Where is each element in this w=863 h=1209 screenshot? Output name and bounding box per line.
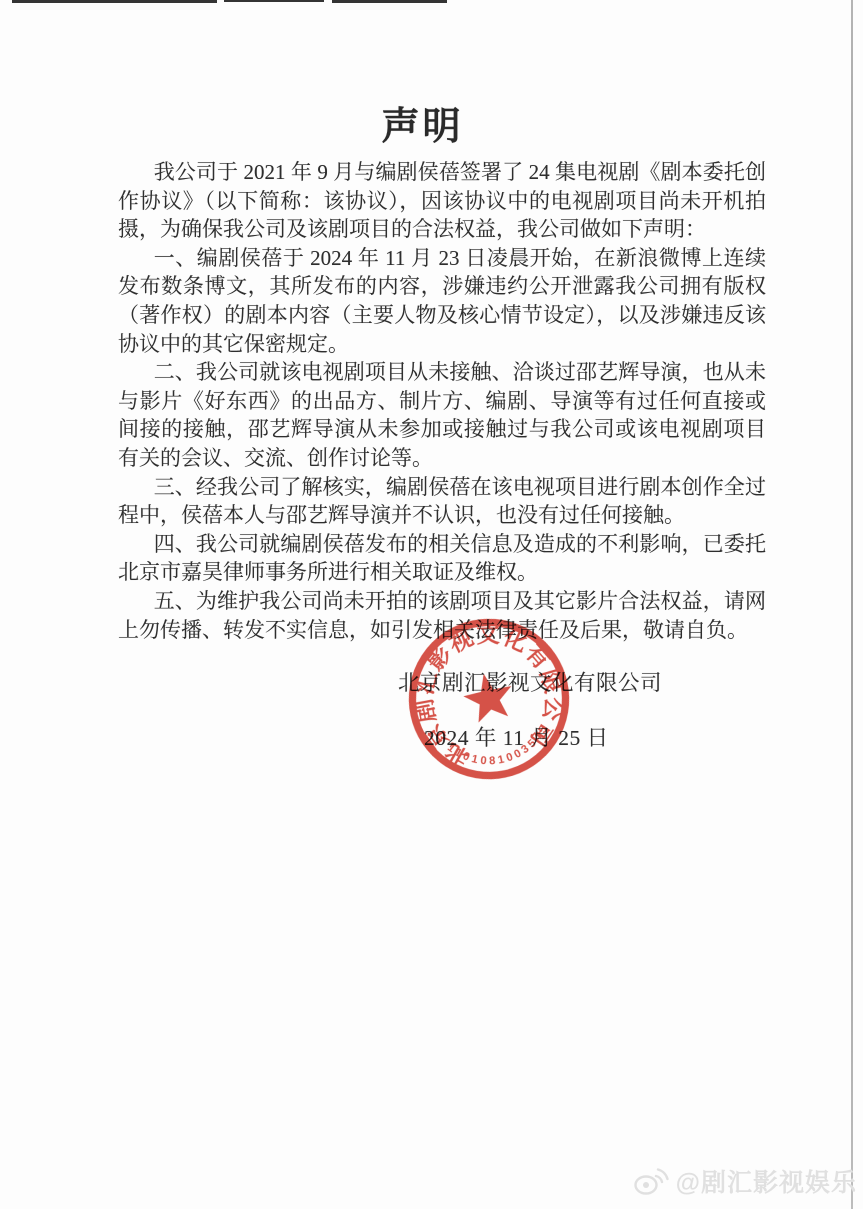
paragraph-item-3: 三、经我公司了解核实，编剧侯蓓在该电视项目进行剧本创作全过程中，侯蓓本人与邵艺辉… — [118, 473, 766, 530]
paragraph-item-1: 一、编剧侯蓓于 2024 年 11 月 23 日凌晨开始，在新浪微博上连续发布数… — [118, 244, 766, 358]
statement-body: 我公司于 2021 年 9 月与编剧侯蓓签署了 24 集电视剧《剧本委托创作协议… — [118, 158, 766, 644]
page-title: 声明 — [0, 95, 845, 150]
scanned-statement-page: 声明 我公司于 2021 年 9 月与编剧侯蓓签署了 24 集电视剧《剧本委托创… — [0, 0, 863, 1209]
scan-page-edge-line — [851, 0, 853, 1209]
paragraph-item-4: 四、我公司就编剧侯蓓发布的相关信息及造成的不利影响，已委托北京市嘉昊律师事务所进… — [118, 530, 766, 587]
seal-star-icon — [460, 669, 518, 725]
weibo-watermark: @剧汇影视娱乐 — [633, 1163, 857, 1199]
paragraph-item-2: 二、我公司就该电视剧项目从未接触、洽谈过邵艺辉导演，也从未与影片《好东西》的出品… — [118, 358, 766, 472]
scan-edge-artifact — [12, 0, 217, 3]
scan-edge-artifact — [224, 0, 324, 2]
weibo-eye-icon — [633, 1166, 669, 1196]
scan-edge-artifact — [332, 0, 447, 3]
watermark-handle: @剧汇影视娱乐 — [676, 1163, 857, 1199]
paragraph-intro: 我公司于 2021 年 9 月与编剧侯蓓签署了 24 集电视剧《剧本委托创作协议… — [118, 158, 766, 244]
